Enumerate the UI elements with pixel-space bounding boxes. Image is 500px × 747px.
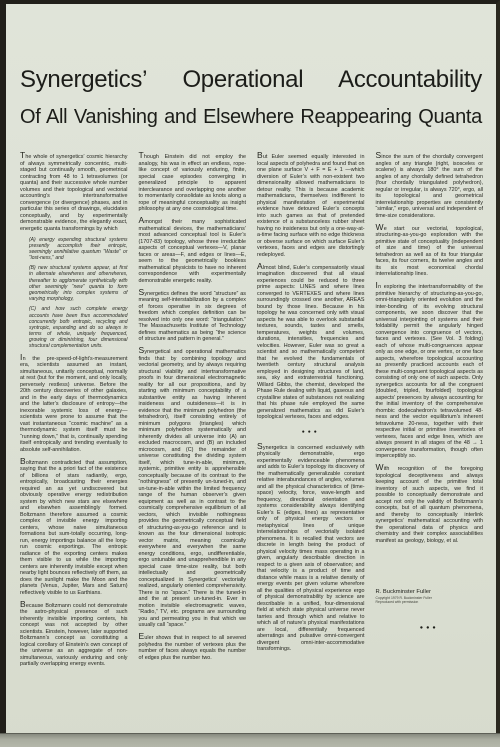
paragraph-col4-3: In exploring the intertransformability o… <box>376 282 484 460</box>
page-bottom-edge <box>0 733 500 747</box>
column-3: But Euler seemed equally interested in l… <box>257 152 365 657</box>
paragraph-col2-1: Though Einstein did not employ the analo… <box>139 152 247 213</box>
page-content: Synergetics’ Operational Accountability … <box>6 4 496 734</box>
column-4: Since the sum of the chordally convergen… <box>376 152 484 631</box>
document-page: Synergetics’ Operational Accountability … <box>0 0 500 747</box>
page-subtitle: Of All Vanishing and Elsewhere Reappeari… <box>20 107 482 127</box>
paragraph-col2-5: Euler shows that in respect to all sever… <box>139 633 247 661</box>
paragraph-col3-3: Synergetics is concerned exclusively wit… <box>257 443 365 653</box>
paragraph-col2-3: Synergetics defines the word “structure”… <box>139 289 247 343</box>
article-end-dots-icon: ●●● <box>376 625 484 631</box>
paragraph-col1-4: Because Boltzmann could not demonstrate … <box>20 601 128 668</box>
paragraph-col2-4: Synergetical and operational mathematics… <box>139 347 247 629</box>
paragraph-col3-2: Almost blind, Euler’s compensatorily vis… <box>257 263 365 421</box>
paragraph-col1-3: Boltzmann contradicted that assumption, … <box>20 458 128 597</box>
list-item-c: (C) and how such complete energy account… <box>29 306 128 349</box>
copyright-line-2: Reproduced with permission <box>376 600 484 604</box>
paragraph-col4-1: Since the sum of the chordally convergen… <box>376 152 484 219</box>
column-2: Though Einstein did not employ the analo… <box>139 152 247 666</box>
author-name: R. Buckminster Fuller <box>376 589 484 596</box>
section-divider-dots-icon: ●●● <box>257 429 365 435</box>
text-columns: The whole of synergetics’ cosmic hierarc… <box>20 152 483 672</box>
page-title: Synergetics’ Operational Accountability <box>20 68 482 92</box>
column-1: The whole of synergetics’ cosmic hierarc… <box>20 152 128 672</box>
paragraph-col4-2: We start our vectorial, topological, str… <box>376 224 484 278</box>
paragraph-col3-1: But Euler seemed equally interested in l… <box>257 152 365 258</box>
list-item-a: (A) energy expending structural systems … <box>29 237 128 261</box>
author-attribution: R. Buckminster Fuller Copyright 1979 R. … <box>376 589 484 605</box>
paragraph-col4-4: With recognition of the foregoing topolo… <box>376 464 484 544</box>
paragraph-col1-intro: The whole of synergetics’ cosmic hierarc… <box>20 152 128 232</box>
list-item-b: (B) new structural systems appear, at fi… <box>29 265 128 302</box>
paragraph-col2-2: Amongst their many sophisticated mathema… <box>139 217 247 284</box>
paragraph-col1-2: In the pre-speed-of-light’s-measurement … <box>20 354 128 454</box>
